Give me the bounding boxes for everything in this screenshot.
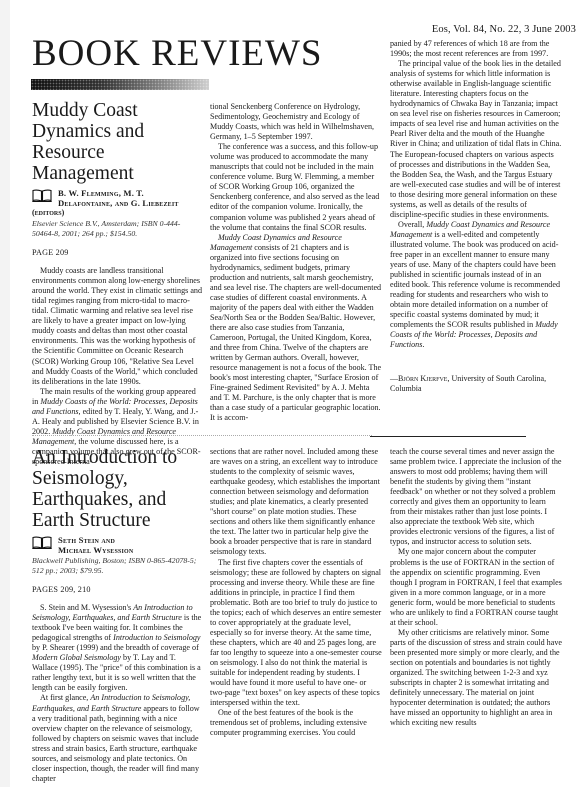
review1-authors-line1: B. W. Flemming, M. T. [58, 188, 179, 198]
review1-paragraph: Muddy coasts are landless transitional e… [32, 266, 202, 387]
masthead-title: BOOK REVIEWS [32, 34, 323, 74]
review2-paragraph: My one major concern about the computer … [390, 547, 562, 627]
review2-authors-line2: Michael Wysession [58, 545, 133, 555]
review1-byline: B. W. Flemming, M. T. Delafontaine, and … [32, 188, 202, 208]
section-divider-solid [370, 436, 526, 437]
review1-reviewer-signoff: —Björn Kjerfve, University of South Caro… [390, 374, 562, 394]
book-title-citation: Modern Global Seismology [32, 653, 121, 662]
review2-paragraph: teach the course several times and never… [390, 447, 562, 547]
review2-paragraph: The first five chapters cover the essent… [210, 558, 382, 709]
review1-paragraph: panied by 47 references of which 18 are … [390, 39, 562, 59]
review2-byline: Seth Stein and Michael Wysession [32, 535, 202, 555]
review1-publisher-info: Elsevier Science B.V., Amsterdam; ISBN 0… [32, 219, 202, 238]
reviewer-name: —Björn Kjerfve [390, 374, 447, 383]
open-book-icon [32, 189, 52, 202]
review2-paragraph: At first glance, An Introduction to Seis… [32, 693, 202, 783]
review1-column-2: tional Senckenberg Conference on Hydrolo… [210, 102, 382, 424]
section-divider-dotted [32, 435, 372, 436]
review1-paragraph: Overall, Muddy Coast Dynamics and Resour… [390, 220, 562, 351]
review2-column-1: An Introduction to Seismology, Earthquak… [32, 447, 202, 784]
review1-authors-line2: Delafontaine, and G. Liebezeit [58, 198, 179, 208]
masthead-halftone-bar [31, 79, 209, 90]
review1-paragraph: The conference was a success, and this f… [210, 142, 382, 232]
journal-page: Eos, Vol. 84, No. 22, 3 June 2003 BOOK R… [10, 0, 586, 787]
review2-paragraph: sections that are rather novel. Included… [210, 447, 382, 558]
issue-citation: Eos, Vol. 84, No. 22, 3 June 2003 [432, 24, 576, 35]
review1-paragraph: The principal value of the book lies in … [390, 59, 562, 220]
review2-paragraph: One of the best features of the book is … [210, 708, 382, 738]
review2-paragraph: My other criticisms are relatively minor… [390, 628, 562, 728]
review2-authors-line1: Seth Stein and [58, 535, 133, 545]
review2-paragraph: S. Stein and M. Wysession's An Introduct… [32, 603, 202, 693]
review2-page-label: PAGES 209, 210 [32, 585, 202, 595]
review1-paragraph: tional Senckenberg Conference on Hydrolo… [210, 102, 382, 142]
review1-page-label: PAGE 209 [32, 248, 202, 258]
review1-editors-tag: (editors) [32, 208, 202, 218]
review1-title: Muddy Coast Dynamics and Resource Manage… [32, 100, 202, 184]
review2-column-2: sections that are rather novel. Included… [210, 447, 382, 738]
book-title-citation: Introduction to Seismology [113, 633, 200, 642]
review2-title: An Introduction to Seismology, Earthquak… [32, 447, 202, 531]
review1-paragraph: Muddy Coast Dynamics and Resource Manage… [210, 233, 382, 424]
open-book-icon [32, 536, 52, 549]
review2-publisher-info: Blackwell Publishing, Boston; ISBN 0-865… [32, 556, 202, 575]
review1-column-1: Muddy Coast Dynamics and Resource Manage… [32, 100, 202, 467]
review1-column-3: panied by 47 references of which 18 are … [390, 39, 562, 394]
review2-column-3: teach the course several times and never… [390, 447, 562, 728]
